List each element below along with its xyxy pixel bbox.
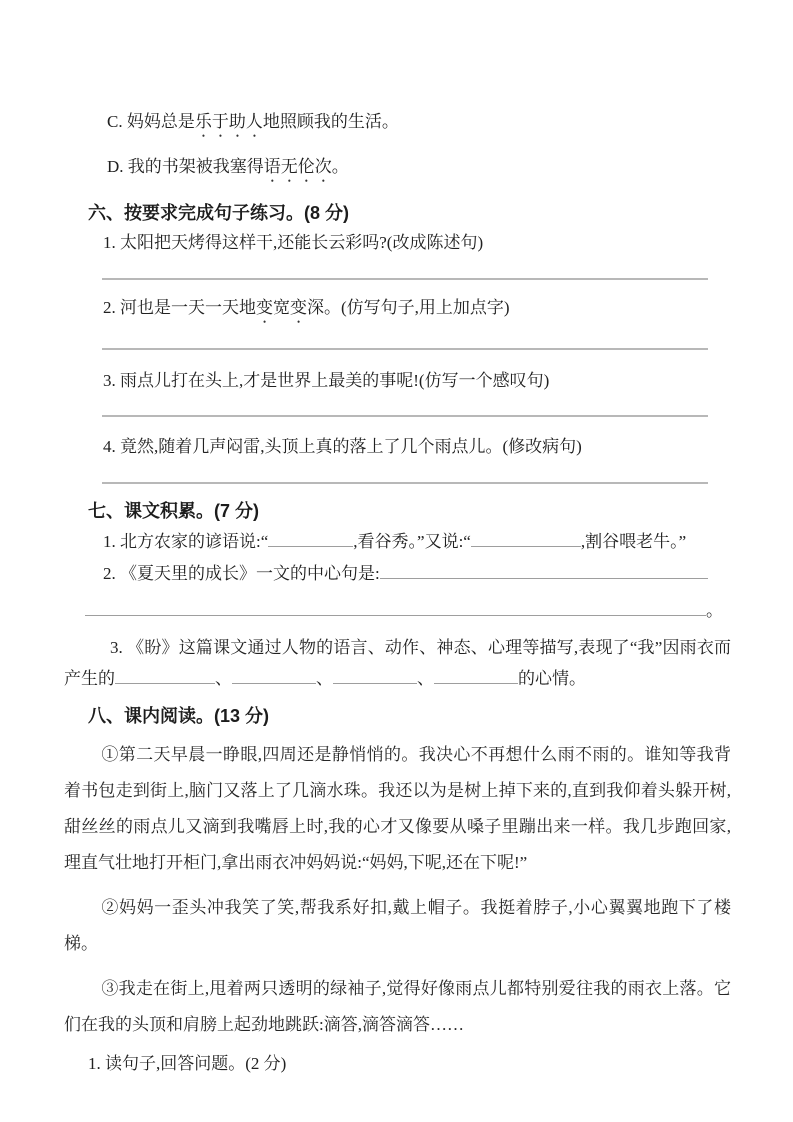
- sentence-period: 。: [706, 599, 723, 623]
- separator: 、: [215, 669, 232, 688]
- section-eight-heading: 八、课内阅读。(13 分): [88, 704, 793, 728]
- question-8-1: 1. 读句子,回答问题。(2 分): [88, 1052, 713, 1076]
- option-d-text-end: 。: [332, 157, 349, 176]
- fill-blank[interactable]: [380, 565, 708, 579]
- option-c: C. 妈妈总是乐于助人地照顾我的生活。: [107, 110, 733, 141]
- fill-blank[interactable]: [115, 670, 215, 684]
- passage-paragraph-2: ②妈妈一歪头冲我笑了笑,帮我系好扣,戴上帽子。我挺着脖子,小心翼翼地跑下了楼梯。: [64, 890, 731, 962]
- answer-line[interactable]: [102, 415, 708, 417]
- question-6-4: 4. 竟然,随着几声闷雷,头顶上真的落上了几个雨点儿。(修改病句): [103, 435, 713, 459]
- separator: 、: [417, 669, 434, 688]
- question-7-1-text: 1. 北方农家的谚语说:“: [103, 532, 268, 551]
- question-7-1: 1. 北方农家的谚语说:“,看谷秀。”又说:“,割谷喂老牛。”: [103, 530, 735, 554]
- question-6-2-text: 宽: [273, 298, 290, 317]
- question-7-1-text-end: ,割谷喂老牛。”: [581, 532, 686, 551]
- fill-blank[interactable]: [85, 602, 706, 616]
- question-7-2-text: 2. 《夏天里的成长》一文的中心句是:: [103, 562, 380, 586]
- question-6-2-dotted-char: 变: [256, 298, 273, 317]
- question-7-2: 2. 《夏天里的成长》一文的中心句是:: [103, 562, 708, 586]
- answer-line-continuation: 。: [85, 599, 723, 623]
- answer-line[interactable]: [102, 348, 708, 350]
- option-d: D. 我的书架被我塞得语无伦次。: [107, 155, 733, 186]
- question-6-2-text: 2. 河也是一天一天地: [103, 298, 256, 317]
- question-6-3: 3. 雨点儿打在头上,才是世界上最美的事呢!(仿写一个感叹句): [103, 369, 713, 393]
- fill-blank[interactable]: [434, 670, 518, 684]
- fill-blank[interactable]: [333, 670, 417, 684]
- passage-paragraph-1: ①第二天早晨一睁眼,四周还是静悄悄的。我决心不再想什么雨不雨的。谁知等我背着书包…: [64, 737, 731, 881]
- section-six-heading: 六、按要求完成句子练习。(8 分): [88, 201, 793, 225]
- answer-line[interactable]: [102, 278, 708, 280]
- option-d-emphasized-text: 语无伦次: [264, 157, 332, 176]
- answer-line[interactable]: [102, 482, 708, 484]
- question-6-1: 1. 太阳把天烤得这样干,还能长云彩吗?(改成陈述句): [103, 231, 713, 255]
- section-seven-heading: 七、课文积累。(7 分): [88, 499, 793, 523]
- question-7-3: 3. 《盼》这篇课文通过人物的语言、动作、神态、心理等描写,表现了“我”因雨衣而…: [64, 632, 731, 694]
- option-c-emphasized-text: 乐于助人: [195, 112, 263, 131]
- question-6-2-dotted-char: 变: [290, 298, 307, 317]
- fill-blank[interactable]: [232, 670, 316, 684]
- separator: 、: [316, 669, 333, 688]
- worksheet-page: C. 妈妈总是乐于助人地照顾我的生活。 D. 我的书架被我塞得语无伦次。 六、按…: [0, 0, 793, 1122]
- question-7-1-text: ,看谷秀。”又说:“: [353, 532, 471, 551]
- option-c-text: C. 妈妈总是: [107, 112, 195, 131]
- fill-blank[interactable]: [471, 533, 581, 547]
- option-c-text-end: 地照顾我的生活。: [263, 112, 399, 131]
- fill-blank[interactable]: [268, 533, 353, 547]
- question-6-2: 2. 河也是一天一天地变宽变深。(仿写句子,用上加点字): [103, 296, 713, 327]
- question-6-2-text-end: 深。(仿写句子,用上加点字): [307, 298, 510, 317]
- question-7-3-text-end: 的心情。: [518, 669, 586, 688]
- passage-paragraph-3: ③我走在街上,甩着两只透明的绿袖子,觉得好像雨点儿都特别爱往我的雨衣上落。它们在…: [64, 971, 731, 1043]
- option-d-text: D. 我的书架被我塞得: [107, 157, 264, 176]
